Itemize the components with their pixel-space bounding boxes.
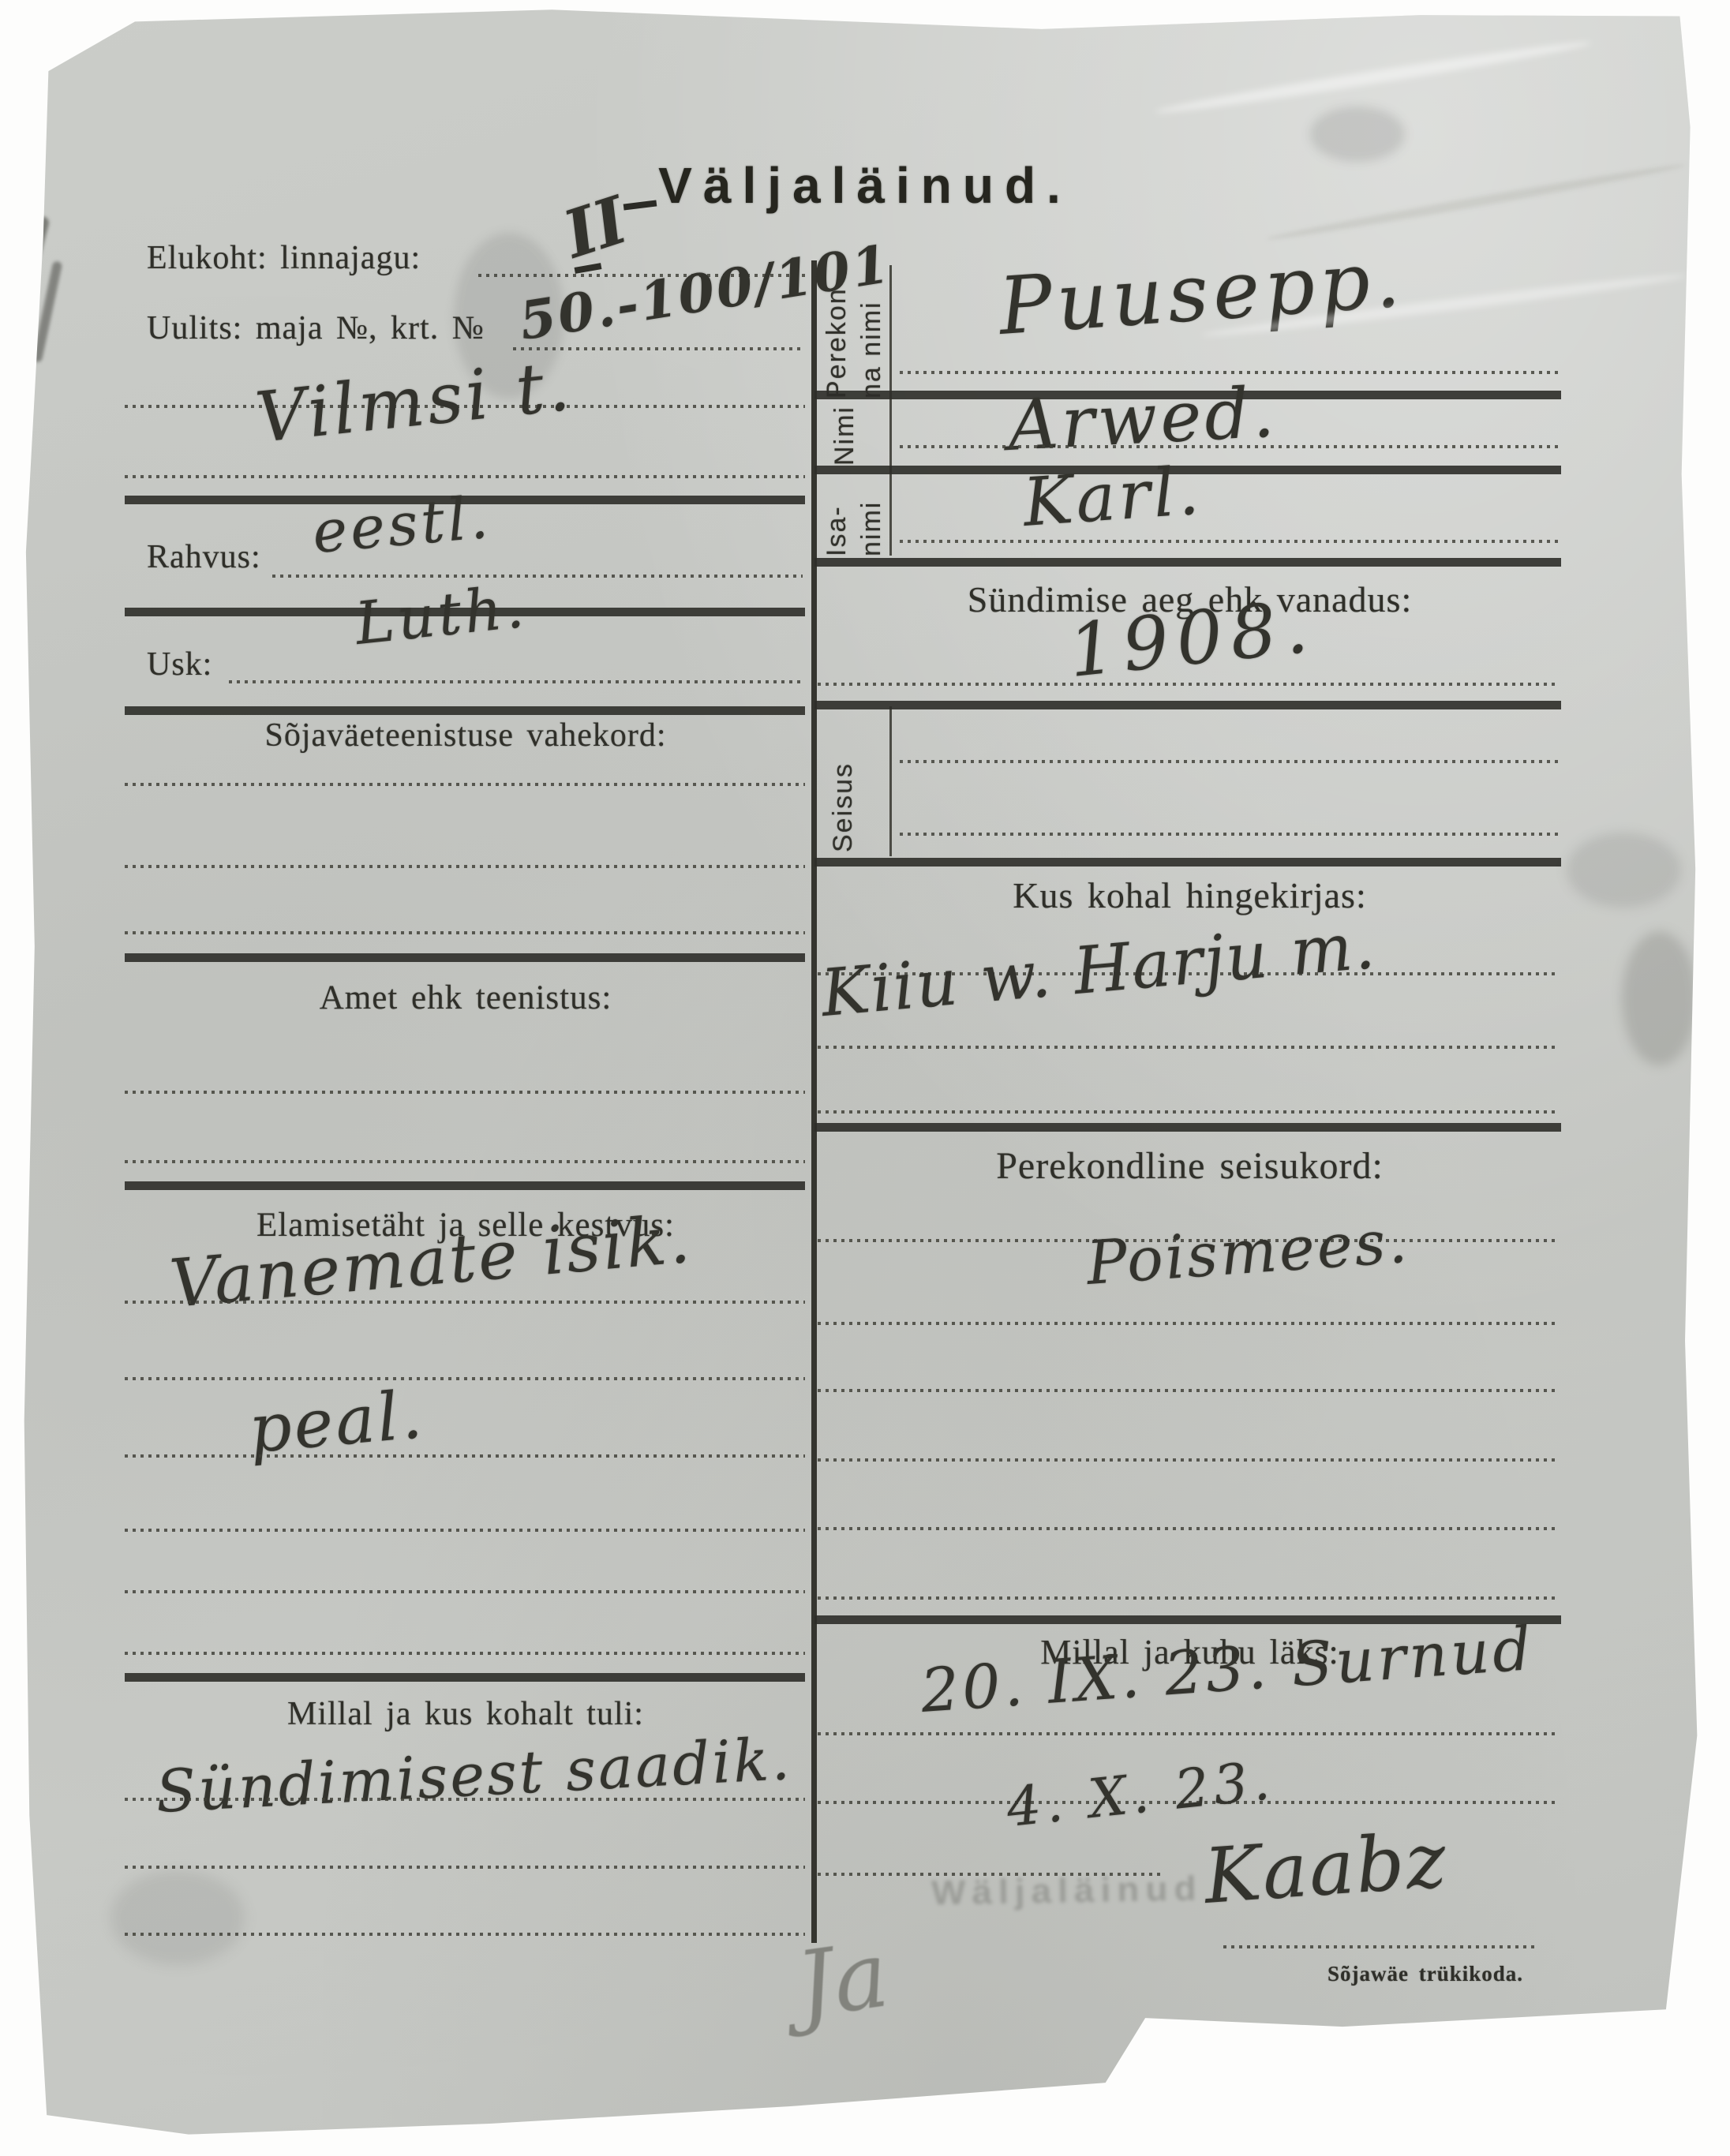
- section-divider: [125, 1181, 805, 1190]
- marital-value: Poismees.: [1084, 1206, 1412, 1298]
- arrival-value: Sündimisest saadik.: [154, 1725, 793, 1826]
- status-label: Seisus: [826, 734, 860, 852]
- section-divider: [125, 706, 805, 715]
- nationality-label: Rahvus:: [147, 538, 261, 576]
- dotted-line: [818, 1527, 1559, 1530]
- dotted-line: [818, 1389, 1559, 1392]
- dotted-line: [125, 1160, 805, 1163]
- column-divider: [811, 260, 817, 1943]
- dotted-line: [125, 865, 805, 868]
- paper-stain: [1567, 833, 1681, 908]
- paper-stain: [454, 233, 564, 399]
- paper-sheet: Väljaläinud. Elukoht: linnajagu: II Uuli…: [0, 0, 1730, 2156]
- dotted-line: [125, 1798, 805, 1801]
- dotted-line: [125, 1301, 805, 1304]
- section-divider: [125, 1673, 805, 1682]
- street-label: Uulits: maja №, krt. №: [147, 309, 485, 347]
- printer-credit: Sõjawäe trükikoda.: [1327, 1962, 1523, 1986]
- dotted-line: [818, 1046, 1559, 1049]
- section-divider: [814, 858, 1561, 867]
- pencil-note: Ja: [790, 1922, 894, 2039]
- surname-label: Perekon- na nimi: [819, 264, 889, 399]
- dotted-line: [229, 680, 803, 683]
- dotted-line: [125, 1377, 805, 1380]
- dotted-line: [818, 1596, 1559, 1600]
- dotted-line: [125, 1529, 805, 1532]
- dotted-line: [125, 475, 805, 478]
- firstname-value: Arwed.: [1006, 371, 1279, 466]
- dotted-line: [125, 931, 805, 934]
- military-service-label: Sõjaväeteenistuse vahekord:: [126, 717, 805, 754]
- occupation-label: Amet ehk teenistus:: [126, 979, 805, 1017]
- religion-value: Luth.: [352, 573, 530, 658]
- paper-stain: [1622, 931, 1697, 1065]
- arrival-label: Millal ja kus kohalt tuli:: [126, 1695, 805, 1733]
- dotted-line: [125, 783, 805, 786]
- dotted-line: [818, 1458, 1559, 1462]
- dotted-line: [125, 1866, 805, 1869]
- ink-smudge: [32, 260, 63, 363]
- dotted-line: [125, 1590, 805, 1593]
- dotted-line: [818, 1110, 1559, 1114]
- dotted-line: [125, 1454, 805, 1458]
- dotted-line: [900, 445, 1561, 448]
- paper-stain: [1310, 107, 1405, 162]
- dotted-line: [125, 1652, 805, 1655]
- residence-label: Elukoht: linnajagu:: [147, 239, 421, 277]
- dotted-line: [900, 540, 1561, 543]
- section-divider: [814, 701, 1561, 709]
- departure-value: 20. IX. 23. Surnud: [919, 1613, 1537, 1726]
- registry-value: Kiiu w. Harju m.: [818, 908, 1380, 1031]
- paper-crease: [1154, 36, 1593, 118]
- dotted-line: [818, 1322, 1559, 1325]
- section-divider: [814, 558, 1561, 567]
- marital-label: Perekondline seisukord:: [821, 1144, 1559, 1188]
- dotted-line: [900, 833, 1561, 836]
- section-divider: [125, 953, 805, 962]
- fathername-value: Karl.: [1020, 451, 1204, 541]
- dotted-line: [125, 1091, 805, 1094]
- section-divider: [814, 1123, 1561, 1132]
- dotted-line: [272, 575, 803, 578]
- official-signature: Kaabz: [1201, 1816, 1450, 1921]
- religion-label: Usk:: [147, 646, 212, 683]
- ink-stamp: Wäljaläinud: [931, 1867, 1203, 1912]
- nationality-value: eestl.: [310, 484, 494, 567]
- scanned-document: Väljaläinud. Elukoht: linnajagu: II Uuli…: [0, 0, 1730, 2156]
- name-label-divider: [889, 265, 892, 556]
- firstname-label: Nimi: [827, 399, 862, 466]
- dotted-line: [818, 683, 1559, 686]
- fathername-label: Isa- nimi: [819, 473, 889, 556]
- dotted-line: [818, 1732, 1559, 1735]
- registry-label: Kus kohal hingekirjas:: [821, 874, 1559, 916]
- status-label-divider: [889, 706, 892, 856]
- departure-date-value: 4. X. 23.: [1004, 1750, 1278, 1840]
- dotted-line: [900, 760, 1561, 763]
- dotted-line: [1223, 1945, 1539, 1948]
- paper-stain: [110, 1870, 245, 1965]
